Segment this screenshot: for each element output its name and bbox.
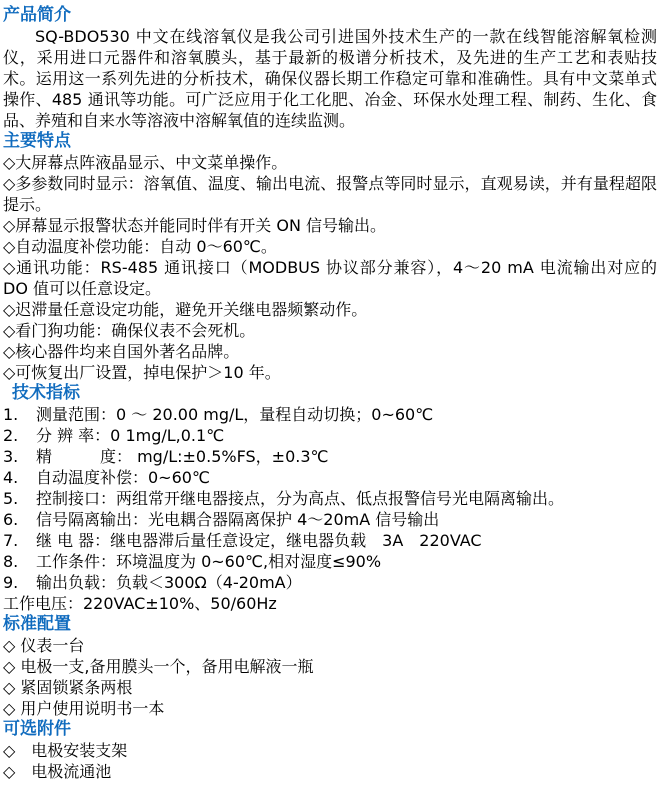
bullet-item: ◇多参数同时显示：溶氧值、温度、输出电流、报警点等同时显示，直观易读，并有量程超… — [3, 173, 657, 215]
section-tech-specs: 技术指标1.测量范围：0 ～ 20.00 mg/L，量程自动切换；0~60℃2.… — [3, 383, 657, 614]
document-body: 产品简介SQ-BDO530 中文在线溶氧仪是我公司引进国外技术生产的一款在线智能… — [0, 0, 662, 782]
section-product-intro: 产品简介SQ-BDO530 中文在线溶氧仪是我公司引进国外技术生产的一款在线智能… — [3, 5, 657, 131]
section-heading-tech-specs: 技术指标 — [3, 383, 657, 404]
numbered-item: 6.信号隔离输出：光电耦合器隔离保护 4～20mA 信号输出 — [3, 509, 657, 530]
item-number: 2. — [3, 425, 36, 446]
text-line: 工作电压：220VAC±10%、50/60Hz — [3, 593, 657, 614]
item-text: 工作条件：环境温度为 0~60℃,相对湿度≤90% — [36, 551, 657, 572]
numbered-item: 7.继 电 器：继电器滞后量任意设定，继电器负载 3A 220VAC — [3, 530, 657, 551]
item-text: 控制接口：两组常开继电器接点，分为高点、低点报警信号光电隔离输出。 — [36, 488, 657, 509]
numbered-item: 5.控制接口：两组常开继电器接点，分为高点、低点报警信号光电隔离输出。 — [3, 488, 657, 509]
bullet-item: ◇迟滞量任意设定功能，避免开关继电器频繁动作。 — [3, 299, 657, 320]
numbered-item: 1.测量范围：0 ～ 20.00 mg/L，量程自动切换；0~60℃ — [3, 404, 657, 425]
section-heading-product-intro: 产品简介 — [3, 5, 657, 26]
section-heading-standard-config: 标准配置 — [3, 614, 657, 635]
bullet-item: ◇ 电极安装支架 — [3, 740, 657, 761]
section-main-features: 主要特点◇大屏幕点阵液晶显示、中文菜单操作。◇多参数同时显示：溶氧值、温度、输出… — [3, 131, 657, 383]
numbered-item: 8.工作条件：环境温度为 0~60℃,相对湿度≤90% — [3, 551, 657, 572]
numbered-item: 9.输出负载：负载＜300Ω（4-20mA） — [3, 572, 657, 593]
item-text: 自动温度补偿：0~60℃ — [36, 467, 657, 488]
item-number: 7. — [3, 530, 36, 551]
bullet-item: ◇ 仪表一台 — [3, 635, 657, 656]
bullet-item: ◇自动温度补偿功能：自动 0～60℃。 — [3, 236, 657, 257]
item-text: 继 电 器：继电器滞后量任意设定，继电器负载 3A 220VAC — [36, 530, 657, 551]
bullet-item: ◇可恢复出厂设置，掉电保护＞10 年。 — [3, 362, 657, 383]
bullet-item: ◇ 电极一支,备用膜头一个，备用电解液一瓶 — [3, 656, 657, 677]
item-number: 5. — [3, 488, 36, 509]
numbered-item: 4.自动温度补偿：0~60℃ — [3, 467, 657, 488]
section-heading-main-features: 主要特点 — [3, 131, 657, 152]
bullet-item: ◇屏幕显示报警状态并能同时伴有开关 ON 信号输出。 — [3, 215, 657, 236]
numbered-item: 2.分 辨 率：0 1mg/L,0.1℃ — [3, 425, 657, 446]
bullet-item: ◇大屏幕点阵液晶显示、中文菜单操作。 — [3, 152, 657, 173]
bullet-item: ◇ 用户使用说明书一本 — [3, 698, 657, 719]
item-text: 分 辨 率：0 1mg/L,0.1℃ — [36, 425, 657, 446]
bullet-item: ◇看门狗功能：确保仪表不会死机。 — [3, 320, 657, 341]
item-number: 9. — [3, 572, 36, 593]
item-number: 8. — [3, 551, 36, 572]
bullet-item: ◇ 紧固锁紧条两根 — [3, 677, 657, 698]
item-text: 输出负载：负载＜300Ω（4-20mA） — [36, 572, 657, 593]
numbered-item: 3.精 度： mg/L:±0.5%FS，±0.3℃ — [3, 446, 657, 467]
item-number: 1. — [3, 404, 36, 425]
item-text: 信号隔离输出：光电耦合器隔离保护 4～20mA 信号输出 — [36, 509, 657, 530]
bullet-item: ◇核心器件均来自国外著名品牌。 — [3, 341, 657, 362]
item-text: 精 度： mg/L:±0.5%FS，±0.3℃ — [36, 446, 657, 467]
item-number: 3. — [3, 446, 36, 467]
section-optional-accessories: 可选附件◇ 电极安装支架◇ 电极流通池 — [3, 719, 657, 782]
section-heading-optional-accessories: 可选附件 — [3, 719, 657, 740]
bullet-item: ◇ 电极流通池 — [3, 761, 657, 782]
section-standard-config: 标准配置◇ 仪表一台◇ 电极一支,备用膜头一个，备用电解液一瓶◇ 紧固锁紧条两根… — [3, 614, 657, 719]
bullet-item: ◇通讯功能：RS-485 通讯接口（MODBUS 协议部分兼容），4～20 mA… — [3, 257, 657, 299]
paragraph: SQ-BDO530 中文在线溶氧仪是我公司引进国外技术生产的一款在线智能溶解氧检… — [3, 26, 657, 131]
item-number: 4. — [3, 467, 36, 488]
item-number: 6. — [3, 509, 36, 530]
item-text: 测量范围：0 ～ 20.00 mg/L，量程自动切换；0~60℃ — [36, 404, 657, 425]
